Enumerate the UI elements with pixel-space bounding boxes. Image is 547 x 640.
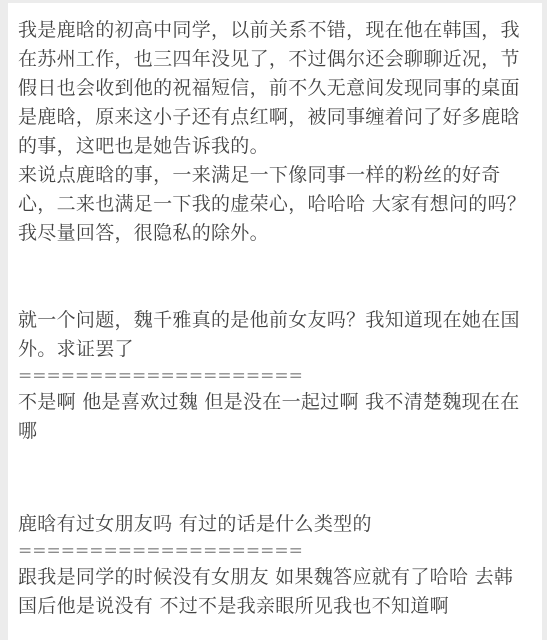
post-content-card: 我是鹿晗的初高中同学，以前关系不错，现在他在韩国，我在苏州工作，也三四年没见了，…: [8, 3, 542, 640]
answer-2: 跟我是同学的时候没有女朋友 如果魏答应就有了哈哈 去韩国后他是说没有 不过不是我…: [18, 563, 530, 621]
intro-paragraph-1: 我是鹿晗的初高中同学，以前关系不错，现在他在韩国，我在苏州工作，也三四年没见了，…: [18, 16, 530, 161]
answer-1: 不是啊 他是喜欢过魏 但是没在一起过啊 我不清楚魏现在在哪: [18, 388, 530, 446]
question-2: 鹿晗有过女朋友吗 有过的话是什么类型的: [18, 510, 530, 539]
question-1: 就一个问题，魏千雅真的是他前女友吗？我知道现在她在国外。求证罢了: [18, 306, 530, 364]
separator-line-1: ====================: [18, 364, 530, 388]
separator-line-2: ====================: [18, 539, 530, 563]
intro-paragraph-2: 来说点鹿晗的事，一来满足一下像同事一样的粉丝的好奇心，二来也满足一下我的虚荣心，…: [18, 161, 530, 248]
